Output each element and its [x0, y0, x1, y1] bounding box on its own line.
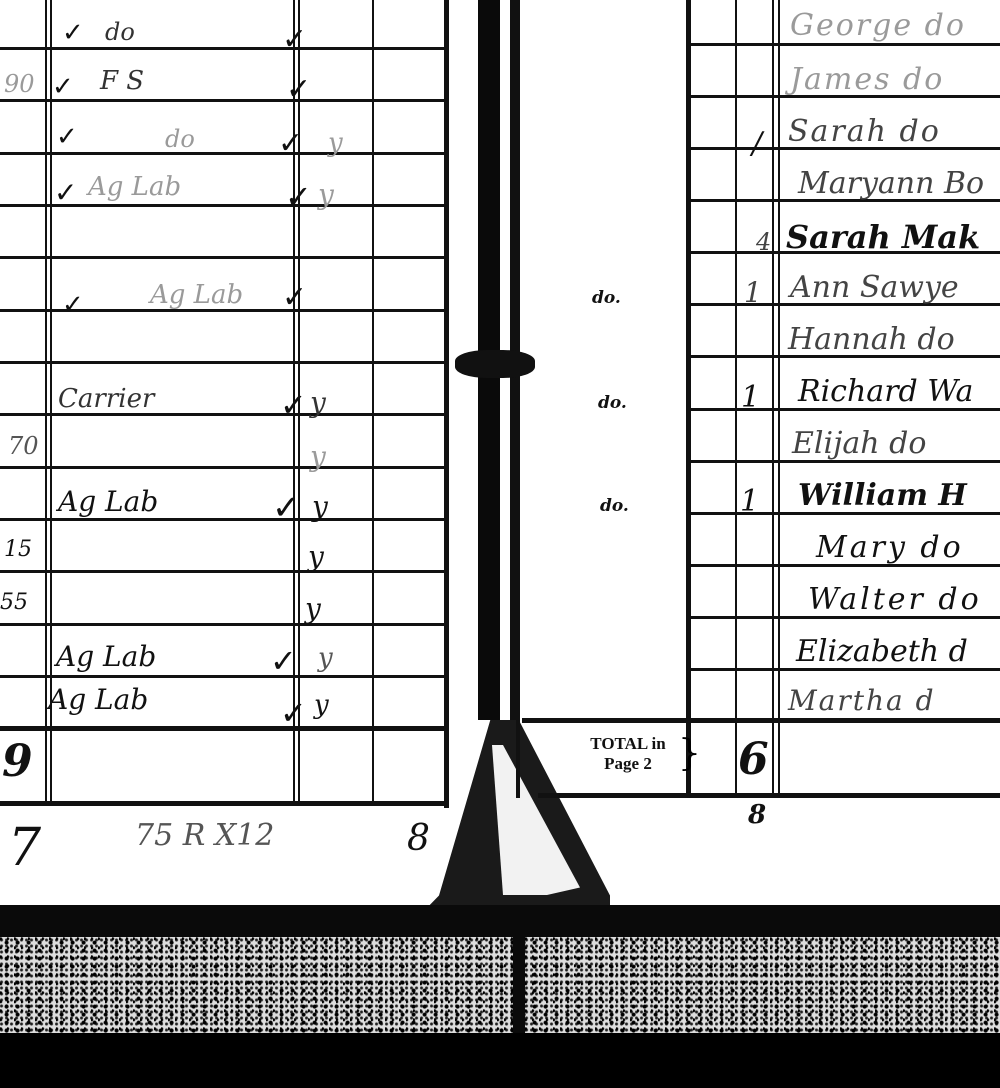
- occupation-cell: Ag Lab: [56, 640, 156, 673]
- person-name: James do: [790, 62, 944, 97]
- house-mark: /: [752, 126, 762, 161]
- left-col-divider-3: [372, 0, 374, 805]
- person-name: Walter do: [808, 582, 982, 617]
- person-name: Hannah do: [788, 322, 955, 357]
- y-mark: y: [310, 386, 326, 419]
- row-rule: [688, 43, 1000, 46]
- born-check: ✓: [278, 126, 303, 161]
- scan-speckle: [0, 937, 1000, 1033]
- check-mark: ✓: [56, 122, 78, 152]
- check-mark: ✓: [62, 290, 84, 320]
- footer-mark: 8: [748, 800, 766, 830]
- house-mark: 1: [744, 276, 762, 309]
- row-rule: [0, 361, 446, 364]
- scan-edge-bottom: [0, 1033, 1000, 1088]
- left-page: 90 70 15 55 ✓ ✓ ✓ ✓ ✓ do F S do Ag Lab A…: [0, 0, 450, 810]
- total-label-left-rule: [516, 0, 520, 798]
- row-rule: [0, 152, 446, 155]
- total-rule-bottom: [538, 793, 1000, 798]
- left-total-value: 9: [2, 736, 33, 787]
- occupation-cell: Ag Lab: [88, 172, 181, 202]
- occupation-cell: Ag Lab: [150, 280, 243, 310]
- born-check: ✓: [280, 694, 307, 732]
- born-check: ✓: [285, 178, 312, 216]
- person-name: Mary do: [816, 530, 964, 565]
- y-mark: y: [328, 128, 343, 158]
- born-check: ✓: [280, 386, 307, 424]
- scan-edge-top: [0, 905, 1000, 937]
- total-rule-top: [0, 726, 446, 731]
- right-col-divider-thick: [686, 0, 691, 795]
- brace-icon: }: [678, 736, 701, 772]
- footer-annotation: 75 R X12: [135, 818, 274, 853]
- footer-right-mark: 8: [407, 818, 430, 859]
- check-mark: ✓: [52, 72, 74, 102]
- born-check: ✓: [272, 488, 301, 528]
- person-name: Ann Sawye: [790, 270, 959, 305]
- age-fragment: 70: [8, 432, 39, 460]
- footer-left-mark: 7: [8, 818, 41, 878]
- right-total-value: 6: [738, 734, 769, 785]
- born-check: ✓: [282, 22, 307, 57]
- born-check: ✓: [270, 642, 297, 680]
- y-mark: y: [312, 490, 328, 523]
- age-fragment: 55: [0, 590, 28, 615]
- scan-edge-divider: [513, 920, 525, 1040]
- occupation-cell: Carrier: [58, 384, 154, 414]
- born-check: ✓: [286, 72, 311, 107]
- age-fragment: 90: [4, 70, 35, 98]
- age-fragment: 15: [4, 537, 32, 562]
- occupation-cell: F S: [100, 66, 144, 96]
- occupation-cell: Ag Lab: [48, 683, 148, 716]
- total-label-line1: TOTAL in: [558, 734, 698, 754]
- y-mark: y: [310, 440, 326, 473]
- right-page: do. do. do. / 4 1 1 1 George do James do…: [516, 0, 1000, 810]
- person-name: Elijah do: [792, 426, 926, 461]
- house-mark: 1: [740, 484, 759, 519]
- occupation-cell: Ag Lab: [58, 485, 158, 518]
- total-rule-bottom: [0, 801, 449, 806]
- right-col-divider-3a: [772, 0, 774, 795]
- row-rule: [0, 518, 446, 521]
- person-name: Martha d: [788, 684, 936, 717]
- person-name: Sarah do: [788, 114, 941, 149]
- ditto-mark: do.: [598, 393, 627, 413]
- row-rule: [0, 256, 446, 259]
- ditto-mark: do.: [592, 288, 621, 308]
- row-rule: [0, 675, 446, 678]
- person-name: Elizabeth d: [796, 634, 968, 669]
- row-rule: [0, 570, 446, 573]
- left-page-border: [444, 0, 449, 808]
- total-rule-top: [522, 718, 1000, 723]
- house-mark: 1: [741, 380, 760, 415]
- person-name: Richard Wa: [798, 374, 973, 409]
- occupation-cell: do: [165, 125, 195, 153]
- left-col-divider-1a: [45, 0, 47, 805]
- y-mark: y: [318, 643, 333, 673]
- row-rule: [0, 466, 446, 469]
- total-label: TOTAL in Page 2: [558, 734, 698, 774]
- total-label-line2: Page 2: [558, 754, 698, 774]
- row-rule: [0, 623, 446, 626]
- person-name: Sarah Mak: [786, 218, 980, 256]
- occupation-cell: do: [105, 18, 135, 46]
- y-mark: y: [318, 178, 334, 211]
- y-mark: y: [314, 690, 329, 720]
- person-name: George do: [790, 8, 966, 43]
- y-mark: y: [305, 592, 321, 625]
- right-col-divider-2: [735, 0, 737, 795]
- right-col-divider-3b: [778, 0, 780, 795]
- check-mark: ✓: [54, 176, 77, 209]
- house-mark: 4: [756, 228, 771, 256]
- person-name: William H: [798, 478, 967, 513]
- check-mark: ✓: [62, 18, 84, 48]
- person-name: Maryann Bo: [798, 166, 984, 201]
- born-check: ✓: [282, 280, 307, 315]
- y-mark: y: [308, 540, 324, 573]
- ditto-mark: do.: [600, 496, 629, 516]
